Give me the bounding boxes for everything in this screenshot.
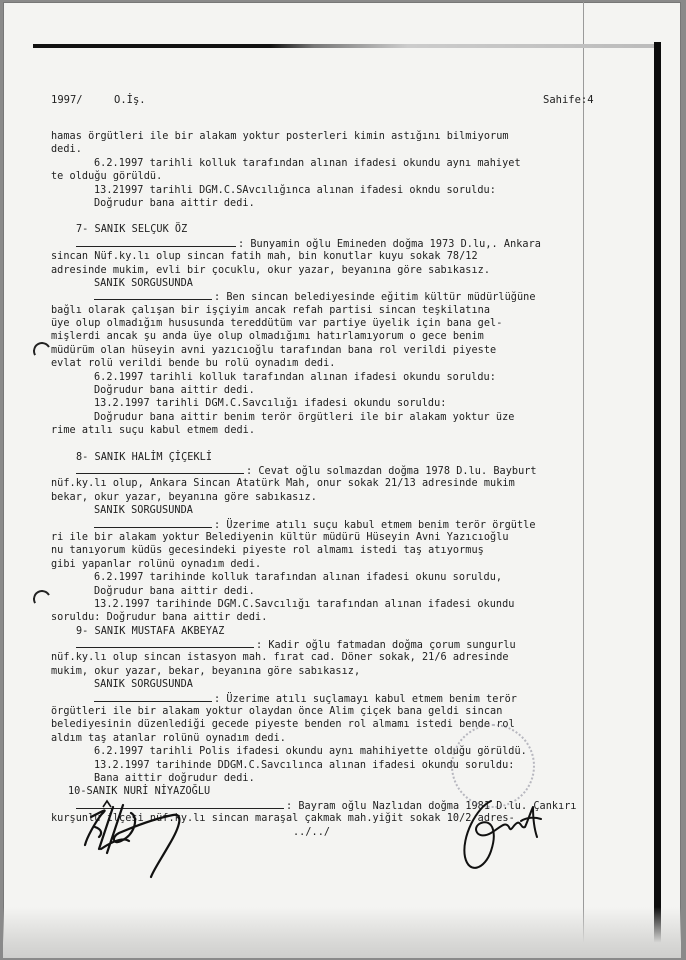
text-line: : Kadir oğlu fatmadan doğma çorum sungur… bbox=[51, 638, 621, 651]
signature-right bbox=[451, 797, 561, 877]
defendant-heading: 9- SANIK MUSTAFA AKBEYAZ bbox=[51, 625, 621, 638]
scan-shadow bbox=[3, 907, 681, 958]
text-line: üye olup olmadığım hususunda tereddütüm … bbox=[51, 317, 621, 330]
punch-hole-mark bbox=[31, 340, 53, 362]
text-line: Bana aittir doğrudur dedi. bbox=[51, 772, 621, 785]
text-line: 13.2.1997 tarihinde DGM.C.Savcılığı tara… bbox=[51, 598, 621, 611]
text-line: 13.21997 tarihli DGM.C.SAvcılığınca alın… bbox=[51, 184, 621, 197]
text-line: nüf.ky.lı olup, Ankara Sincan Atatürk Ma… bbox=[51, 477, 621, 490]
text-line: sincan Nüf.ky.lı olup sincan fatih mah, … bbox=[51, 250, 621, 263]
blank-line bbox=[76, 237, 236, 247]
text-line: örgütleri ile bir alakam yoktur olaydan … bbox=[51, 705, 621, 718]
scan-edge-bar bbox=[654, 42, 661, 958]
text-line: nüf.ky.lı olup sincan istasyon mah. fıra… bbox=[51, 651, 621, 664]
text-line: : Bunyamin oğlu Emineden doğma 1973 D.lu… bbox=[51, 237, 621, 250]
blank-line bbox=[94, 692, 212, 702]
file-type: O.İş. bbox=[114, 94, 146, 106]
text-line: nu tanıyorum küdüs gecesindeki piyeste r… bbox=[51, 544, 621, 557]
text-line: müdürüm olan hüseyin avni yazıcıoğlu tar… bbox=[51, 344, 621, 357]
text-line: gibi yapanlar rolünü oynadım dedi. bbox=[51, 558, 621, 571]
text-line: Doğrudur bana aittir benim terör örgütle… bbox=[51, 411, 621, 424]
text-line: 13.2.1997 tarihli DGM.C.Savcılığı ifades… bbox=[51, 397, 621, 410]
text-line: rime atılı suçu kabul etmem dedi. bbox=[51, 424, 621, 437]
blank-line bbox=[76, 464, 244, 474]
file-ref: 1997/ bbox=[51, 94, 83, 106]
document-body: hamas örgütleri ile bir alakam yoktur po… bbox=[51, 130, 621, 839]
interrogation-label: SANIK SORGUSUNDA bbox=[51, 277, 621, 290]
text-line: dedi. bbox=[51, 143, 621, 156]
text-line: mukim, okur yazar, bekar, beyanına göre … bbox=[51, 665, 621, 678]
text-line: te olduğu görüldü. bbox=[51, 170, 621, 183]
text-line: hamas örgütleri ile bir alakam yoktur po… bbox=[51, 130, 621, 143]
text-line: : Üzerime atılı suçlamayı kabul etmem be… bbox=[51, 692, 621, 705]
punch-hole-mark bbox=[31, 588, 53, 610]
defendant-heading: 8- SANIK HALİM ÇİÇEKLİ bbox=[51, 451, 621, 464]
document-page: 1997/ O.İş. Sahife:4 hamas örgütleri ile… bbox=[3, 2, 681, 958]
text-line: evlat rolü verildi bende bu rolü oynadım… bbox=[51, 357, 621, 370]
signature-left bbox=[73, 797, 213, 887]
text-line: 6.2.1997 tarihli kolluk tarafından alına… bbox=[51, 371, 621, 384]
text-line: soruldu: Doğrudur bana aittir dedi. bbox=[51, 611, 621, 624]
text-line: belediyesinin düzenlediği gecede piyeste… bbox=[51, 718, 621, 731]
blank-line bbox=[94, 290, 212, 300]
text-line: aldım taş atanlar rolünü oynadım dedi. bbox=[51, 732, 621, 745]
text-line: mişlerdi ancak şu anda üye olup olmadığı… bbox=[51, 330, 621, 343]
interrogation-label: SANIK SORGUSUNDA bbox=[51, 678, 621, 691]
text-line: Doğrudur bana aittir dedi. bbox=[51, 585, 621, 598]
text-line: : Cevat oğlu solmazdan doğma 1978 D.lu. … bbox=[51, 464, 621, 477]
defendant-heading: 7- SANIK SELÇUK ÖZ bbox=[51, 223, 621, 236]
text-line: 6.2.1997 tarihinde kolluk tarafından alı… bbox=[51, 571, 621, 584]
text-line: 6.2.1997 tarihli Polis ifadesi okundu ay… bbox=[51, 745, 621, 758]
official-stamp bbox=[451, 724, 535, 808]
text-line: bağlı olarak çalışan bir işçiyim ancak r… bbox=[51, 304, 621, 317]
text-line: bekar, okur yazar, beyanına göre sabıkas… bbox=[51, 491, 621, 504]
text-line: : Üzerime atılı suçu kabul etmem benim t… bbox=[51, 518, 621, 531]
interrogation-label: SANIK SORGUSUNDA bbox=[51, 504, 621, 517]
blank-line bbox=[94, 518, 212, 528]
text-line: ri ile bir alakam yoktur Belediyenin kül… bbox=[51, 531, 621, 544]
page-number: Sahife:4 bbox=[543, 94, 594, 106]
text-line: 13.2.1997 tarihinde DDGM.C.Savcılınca al… bbox=[51, 759, 621, 772]
text-line: Doğrudur bana aittir dedi. bbox=[51, 384, 621, 397]
top-rule bbox=[33, 44, 657, 48]
text-line: 6.2.1997 tarihli kolluk tarafından alına… bbox=[51, 157, 621, 170]
text-line: : Ben sincan belediyesinde eğitim kültür… bbox=[51, 290, 621, 303]
text-line: Doğrudur bana aittir dedi. bbox=[51, 197, 621, 210]
blank-line bbox=[76, 638, 254, 648]
text-line: adresinde mukim, evli bir çocuklu, okur … bbox=[51, 264, 621, 277]
